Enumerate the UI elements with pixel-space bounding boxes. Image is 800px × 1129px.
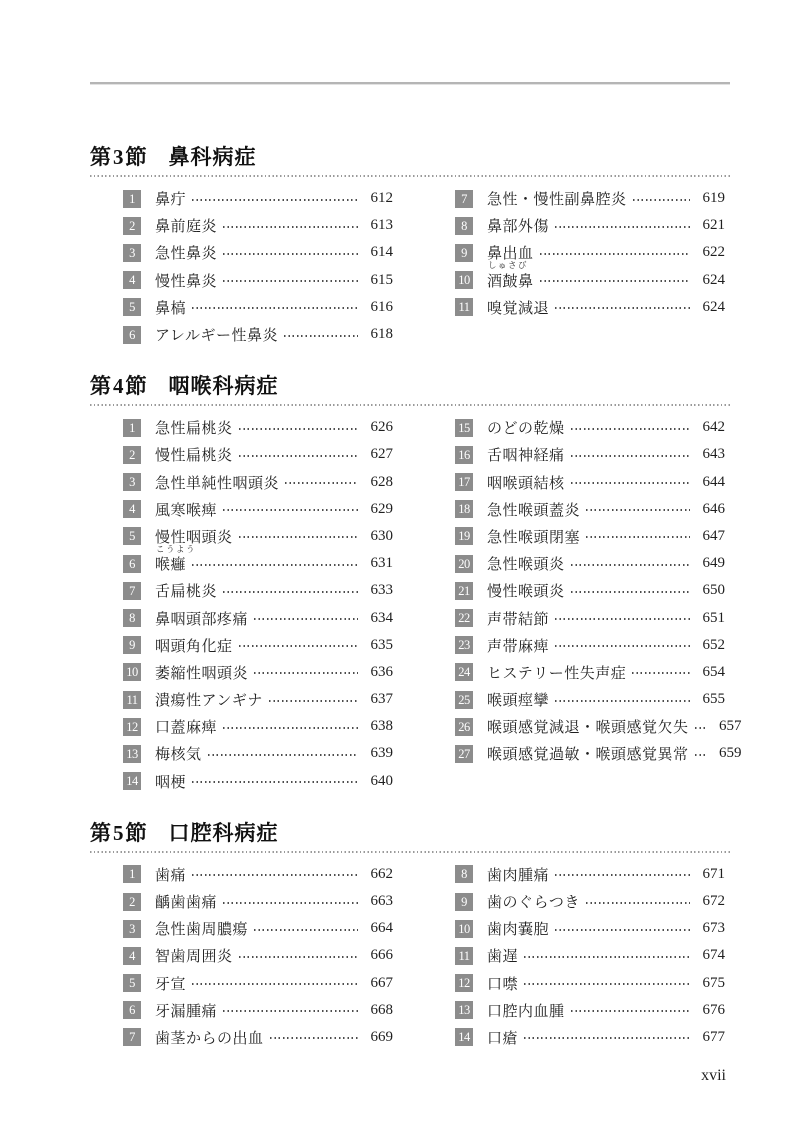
dot-leader [269, 700, 358, 702]
dot-leader [633, 199, 690, 201]
entry-page-number: 613 [365, 217, 393, 234]
toc-entry: 27喉頭感覚過敏・喉頭感覚異常659 [455, 740, 725, 767]
entry-number-badge: 16 [455, 446, 473, 464]
entry-title: 智歯周囲炎 [155, 945, 233, 966]
toc-entry: 13口腔内血腫676 [455, 997, 725, 1024]
dot-leader [540, 253, 690, 255]
dot-leader [239, 956, 358, 958]
toc-entry: 7舌扁桃炎633 [123, 577, 393, 604]
toc-entry: 16舌咽神経痛643 [455, 441, 725, 468]
entry-page-number: 646 [697, 501, 725, 518]
dot-leader [555, 874, 690, 876]
entry-page-number: 671 [697, 866, 725, 883]
entry-title: 急性・慢性副鼻腔炎 [487, 188, 627, 209]
entry-title: 牙漏腫痛 [155, 1000, 217, 1021]
entry-title: 鼻槁 [155, 297, 186, 318]
entry-number-badge: 2 [123, 217, 141, 235]
entry-number-badge: 10 [455, 271, 473, 289]
toc-columns: 1鼻疔6122鼻前庭炎6133急性鼻炎6144慢性鼻炎6155鼻槁6166アレル… [123, 185, 730, 348]
entry-page-number: 676 [697, 1002, 725, 1019]
section-number: 第5節 [90, 821, 149, 845]
entry-page-number: 663 [365, 893, 393, 910]
dot-leader [223, 727, 358, 729]
entry-number-badge: 7 [123, 1028, 141, 1046]
toc-columns: 1歯痛6622齲歯歯痛6633急性歯周膿瘍6644智歯周囲炎6665牙宣6676… [123, 861, 730, 1051]
section-title: 口腔科病症 [169, 821, 279, 845]
entry-title: 歯遅 [487, 945, 518, 966]
dot-leader [254, 618, 358, 620]
entry-title: 鼻疔 [155, 188, 186, 209]
entry-page-number: 642 [697, 419, 725, 436]
entry-number-badge: 19 [455, 527, 473, 545]
dot-leader [555, 226, 690, 228]
entry-title: 口瘡 [487, 1027, 518, 1048]
section-heading: 第4節咽喉科病症 [90, 374, 730, 398]
entry-page-number: 669 [365, 1029, 393, 1046]
entry-page-number: 615 [365, 272, 393, 289]
dot-leader [571, 428, 690, 430]
toc-entry: 2慢性扁桃炎627 [123, 441, 393, 468]
entry-title: 酒皶鼻しゅさび [487, 270, 534, 291]
entry-page-number: 652 [697, 637, 725, 654]
top-rule [90, 82, 730, 85]
entry-number-badge: 11 [455, 298, 473, 316]
toc-columns: 1急性扁桃炎6262慢性扁桃炎6273急性単純性咽頭炎6284風寒喉痺6295慢… [123, 414, 730, 795]
entry-number-badge: 13 [455, 1001, 473, 1019]
entry-title: 声帯結節 [487, 608, 549, 629]
entry-title: 潰瘍性アンギナ [155, 689, 263, 710]
entry-page-number: 636 [365, 664, 393, 681]
section-heading: 第5節口腔科病症 [90, 821, 730, 845]
dot-leader [555, 929, 690, 931]
dot-leader [223, 902, 358, 904]
dot-leader [192, 564, 358, 566]
entry-title: アレルギー性鼻炎 [155, 324, 278, 345]
entry-page-number: 650 [697, 582, 725, 599]
dot-leader [270, 1037, 358, 1039]
entry-title: 牙宣 [155, 973, 186, 994]
toc-entry: 10歯肉嚢胞673 [455, 915, 725, 942]
section-heading-rule [90, 175, 730, 177]
entry-title: 舌扁桃炎 [155, 580, 217, 601]
toc-section: 第5節口腔科病症1歯痛6622齲歯歯痛6633急性歯周膿瘍6644智歯周囲炎66… [90, 821, 730, 1051]
toc-entry: 18急性喉頭蓋炎646 [455, 496, 725, 523]
entry-number-badge: 3 [123, 473, 141, 491]
entry-number-badge: 6 [123, 1001, 141, 1019]
dot-leader [223, 1010, 358, 1012]
section-heading-rule [90, 404, 730, 406]
entry-title: 急性喉頭炎 [487, 553, 565, 574]
entry-title: 慢性扁桃炎 [155, 444, 233, 465]
entry-page-number: 626 [365, 419, 393, 436]
entry-title: 急性喉頭蓋炎 [487, 499, 580, 520]
dot-leader [239, 428, 358, 430]
entry-number-badge: 25 [455, 691, 473, 709]
toc-entry: 22声帯結節651 [455, 604, 725, 631]
entry-page-number: 662 [365, 866, 393, 883]
entry-number-badge: 5 [123, 974, 141, 992]
toc-entry: 12口噤675 [455, 970, 725, 997]
entry-title: ヒステリー性失声症 [487, 662, 626, 683]
entry-title: 慢性鼻炎 [155, 270, 217, 291]
dot-leader [223, 591, 358, 593]
toc-entry: 3急性単純性咽頭炎628 [123, 469, 393, 496]
entry-number-badge: 4 [123, 947, 141, 965]
entry-title: 齲歯歯痛 [155, 891, 217, 912]
entry-page-number: 657 [714, 718, 742, 735]
toc-entry: 4智歯周囲炎666 [123, 942, 393, 969]
entry-number-badge: 8 [455, 217, 473, 235]
entry-title: 急性扁桃炎 [155, 417, 233, 438]
dot-leader [695, 727, 707, 729]
entry-title: 嗅覚減退 [487, 297, 549, 318]
entry-page-number: 673 [697, 920, 725, 937]
dot-leader [586, 902, 690, 904]
toc-entry: 1急性扁桃炎626 [123, 414, 393, 441]
entry-title: 急性鼻炎 [155, 242, 217, 263]
entry-page-number: 612 [365, 190, 393, 207]
entry-title: 歯痛 [155, 864, 186, 885]
dot-leader [571, 455, 690, 457]
entry-title: 声帯麻痺 [487, 635, 549, 656]
entry-title: 急性単純性咽頭炎 [155, 472, 279, 493]
toc-column-right: 8歯肉腫痛6719歯のぐらつき67210歯肉嚢胞67311歯遅67412口噤67… [455, 861, 725, 1051]
toc-entry: 5牙宣667 [123, 970, 393, 997]
dot-leader [254, 929, 358, 931]
entry-number-badge: 4 [123, 500, 141, 518]
dot-leader [239, 455, 358, 457]
entry-title: 梅核気 [155, 743, 202, 764]
toc-entry: 9歯のぐらつき672 [455, 888, 725, 915]
entry-title: 鼻咽頭部疼痛 [155, 608, 248, 629]
dot-leader [254, 672, 358, 674]
entry-title: 萎縮性咽頭炎 [155, 662, 248, 683]
entry-page-number: 614 [365, 244, 393, 261]
toc-column-left: 1歯痛6622齲歯歯痛6633急性歯周膿瘍6644智歯周囲炎6665牙宣6676… [123, 861, 393, 1051]
entry-title: 喉頭感覚過敏・喉頭感覚異常 [487, 743, 689, 764]
entry-page-number: 624 [697, 299, 725, 316]
toc-column-right: 15のどの乾燥64216舌咽神経痛64317咽喉頭結核64418急性喉頭蓋炎64… [455, 414, 725, 795]
section-title: 鼻科病症 [169, 145, 257, 169]
furigana: しゅさび [488, 261, 528, 270]
toc-entry: 26喉頭感覚減退・喉頭感覚欠失657 [455, 713, 725, 740]
dot-leader [239, 645, 358, 647]
entry-page-number: 674 [697, 947, 725, 964]
dot-leader [524, 1037, 690, 1039]
toc-entry: 11歯遅674 [455, 942, 725, 969]
entry-title: 歯肉嚢胞 [487, 918, 549, 939]
entry-page-number: 621 [697, 217, 725, 234]
entry-number-badge: 3 [123, 920, 141, 938]
entry-number-badge: 6 [123, 555, 141, 573]
dot-leader [524, 983, 690, 985]
entry-title: 咽梗 [155, 771, 186, 792]
toc-entry: 2齲歯歯痛663 [123, 888, 393, 915]
section-number: 第4節 [90, 374, 149, 398]
entry-title: 喉癰こうよう [155, 553, 186, 574]
entry-page-number: 640 [365, 773, 393, 790]
toc-entry: 7急性・慢性副鼻腔炎619 [455, 185, 725, 212]
toc-entry: 1鼻疔612 [123, 185, 393, 212]
entry-page-number: 618 [365, 326, 393, 343]
entry-title: 歯のぐらつき [487, 891, 580, 912]
entry-page-number: 624 [697, 272, 725, 289]
entry-page-number: 633 [365, 582, 393, 599]
entry-page-number: 659 [714, 745, 742, 762]
entry-page-number: 630 [365, 528, 393, 545]
toc-entry: 4風寒喉痺629 [123, 496, 393, 523]
entry-number-badge: 9 [455, 893, 473, 911]
toc-column-right: 7急性・慢性副鼻腔炎6198鼻部外傷6219鼻出血62210酒皶鼻しゅさび624… [455, 185, 725, 348]
entry-page-number: 649 [697, 555, 725, 572]
toc-entry: 3急性歯周膿瘍664 [123, 915, 393, 942]
section-title: 咽喉科病症 [169, 374, 279, 398]
dot-leader [192, 874, 358, 876]
entry-number-badge: 27 [455, 745, 473, 763]
toc-entry: 7歯茎からの出血669 [123, 1024, 393, 1051]
toc-entry: 5鼻槁616 [123, 294, 393, 321]
entry-title: 鼻前庭炎 [155, 215, 217, 236]
entry-title: 舌咽神経痛 [487, 444, 565, 465]
entry-page-number: 655 [697, 691, 725, 708]
furigana: こうよう [156, 545, 196, 554]
toc-entry: 13梅核気639 [123, 740, 393, 767]
entry-page-number: 643 [697, 446, 725, 463]
toc-entry: 4慢性鼻炎615 [123, 267, 393, 294]
entry-page-number: 651 [697, 610, 725, 627]
entry-title: 喉頭感覚減退・喉頭感覚欠失 [487, 716, 689, 737]
toc-entry: 8鼻咽頭部疼痛634 [123, 604, 393, 631]
entry-title: 咽頭角化症 [155, 635, 233, 656]
entry-number-badge: 5 [123, 298, 141, 316]
entry-number-badge: 9 [455, 244, 473, 262]
toc-entry: 9咽頭角化症635 [123, 632, 393, 659]
entry-title: 鼻部外傷 [487, 215, 549, 236]
dot-leader [586, 509, 690, 511]
entry-number-badge: 10 [123, 663, 141, 681]
entry-page-number: 644 [697, 474, 725, 491]
dot-leader [571, 1010, 690, 1012]
dot-leader [239, 536, 358, 538]
dot-leader [571, 564, 690, 566]
entry-title: 急性歯周膿瘍 [155, 918, 248, 939]
entry-page-number: 635 [365, 637, 393, 654]
book-page: 第3節鼻科病症1鼻疔6122鼻前庭炎6133急性鼻炎6144慢性鼻炎6155鼻槁… [0, 0, 800, 1085]
toc-entry: 8歯肉腫痛671 [455, 861, 725, 888]
dot-leader [192, 307, 358, 309]
entry-title: 急性喉頭閉塞 [487, 526, 580, 547]
entry-number-badge: 3 [123, 244, 141, 262]
entry-page-number: 631 [365, 555, 393, 572]
dot-leader [284, 335, 358, 337]
entry-title: 風寒喉痺 [155, 499, 217, 520]
dot-leader [192, 983, 358, 985]
dot-leader [192, 199, 358, 201]
dot-leader [555, 618, 690, 620]
entry-number-badge: 23 [455, 636, 473, 654]
dot-leader [586, 536, 690, 538]
entry-page-number: 677 [697, 1029, 725, 1046]
toc-entry: 20急性喉頭炎649 [455, 550, 725, 577]
toc-sections-container: 第3節鼻科病症1鼻疔6122鼻前庭炎6133急性鼻炎6144慢性鼻炎6155鼻槁… [90, 145, 730, 1051]
page-number: xvii [90, 1067, 730, 1085]
toc-entry: 12口蓋麻痺638 [123, 713, 393, 740]
entry-number-badge: 12 [123, 718, 141, 736]
dot-leader [208, 754, 358, 756]
toc-section: 第3節鼻科病症1鼻疔6122鼻前庭炎6133急性鼻炎6144慢性鼻炎6155鼻槁… [90, 145, 730, 348]
entry-page-number: 675 [697, 975, 725, 992]
entry-page-number: 666 [365, 947, 393, 964]
entry-page-number: 638 [365, 718, 393, 735]
entry-title: 歯肉腫痛 [487, 864, 549, 885]
entry-title: 口噤 [487, 973, 518, 994]
toc-column-left: 1急性扁桃炎6262慢性扁桃炎6273急性単純性咽頭炎6284風寒喉痺6295慢… [123, 414, 393, 795]
entry-number-badge: 10 [455, 920, 473, 938]
entry-page-number: 667 [365, 975, 393, 992]
entry-title: 咽喉頭結核 [487, 472, 565, 493]
toc-entry: 19急性喉頭閉塞647 [455, 523, 725, 550]
entry-page-number: 628 [365, 474, 393, 491]
dot-leader [555, 307, 690, 309]
toc-entry: 21慢性喉頭炎650 [455, 577, 725, 604]
toc-entry: 14咽梗640 [123, 768, 393, 795]
entry-number-badge: 5 [123, 527, 141, 545]
entry-number-badge: 15 [455, 419, 473, 437]
entry-number-badge: 18 [455, 500, 473, 518]
entry-number-badge: 26 [455, 718, 473, 736]
dot-leader [571, 482, 690, 484]
dot-leader [695, 754, 707, 756]
dot-leader [285, 482, 358, 484]
entry-number-badge: 14 [455, 1028, 473, 1046]
entry-number-badge: 13 [123, 745, 141, 763]
entry-number-badge: 8 [123, 609, 141, 627]
toc-entry: 10萎縮性咽頭炎636 [123, 659, 393, 686]
toc-entry: 25喉頭痙攣655 [455, 686, 725, 713]
toc-entry: 3急性鼻炎614 [123, 239, 393, 266]
entry-page-number: 664 [365, 920, 393, 937]
entry-number-badge: 11 [123, 691, 141, 709]
toc-entry: 2鼻前庭炎613 [123, 212, 393, 239]
toc-entry: 11嗅覚減退624 [455, 294, 725, 321]
entry-page-number: 622 [697, 244, 725, 261]
entry-title: 口蓋麻痺 [155, 716, 217, 737]
entry-page-number: 619 [697, 190, 725, 207]
entry-number-badge: 20 [455, 555, 473, 573]
entry-page-number: 634 [365, 610, 393, 627]
toc-column-left: 1鼻疔6122鼻前庭炎6133急性鼻炎6144慢性鼻炎6155鼻槁6166アレル… [123, 185, 393, 348]
toc-entry: 8鼻部外傷621 [455, 212, 725, 239]
dot-leader [540, 280, 690, 282]
entry-title: 歯茎からの出血 [155, 1027, 264, 1048]
entry-title: 慢性喉頭炎 [487, 580, 565, 601]
entry-number-badge: 24 [455, 663, 473, 681]
entry-number-badge: 4 [123, 271, 141, 289]
dot-leader [571, 591, 690, 593]
entry-number-badge: 21 [455, 582, 473, 600]
entry-number-badge: 7 [455, 190, 473, 208]
entry-page-number: 647 [697, 528, 725, 545]
toc-entry: 10酒皶鼻しゅさび624 [455, 267, 725, 294]
entry-page-number: 629 [365, 501, 393, 518]
toc-entry: 23声帯麻痺652 [455, 632, 725, 659]
entry-title: 喉頭痙攣 [487, 689, 549, 710]
entry-title: のどの乾燥 [487, 417, 565, 438]
dot-leader [223, 509, 358, 511]
toc-entry: 15のどの乾燥642 [455, 414, 725, 441]
dot-leader [524, 956, 690, 958]
entry-number-badge: 7 [123, 582, 141, 600]
entry-page-number: 637 [365, 691, 393, 708]
section-number: 第3節 [90, 145, 149, 169]
toc-entry: 1歯痛662 [123, 861, 393, 888]
entry-number-badge: 9 [123, 636, 141, 654]
entry-number-badge: 14 [123, 772, 141, 790]
entry-page-number: 639 [365, 745, 393, 762]
section-heading-rule [90, 851, 730, 853]
entry-number-badge: 11 [455, 947, 473, 965]
toc-entry: 11潰瘍性アンギナ637 [123, 686, 393, 713]
entry-number-badge: 6 [123, 326, 141, 344]
dot-leader [632, 672, 690, 674]
entry-number-badge: 1 [123, 419, 141, 437]
dot-leader [555, 700, 690, 702]
entry-number-badge: 2 [123, 446, 141, 464]
section-heading: 第3節鼻科病症 [90, 145, 730, 169]
toc-entry: 6牙漏腫痛668 [123, 997, 393, 1024]
dot-leader [192, 781, 358, 783]
entry-page-number: 627 [365, 446, 393, 463]
toc-entry: 6アレルギー性鼻炎618 [123, 321, 393, 348]
entry-number-badge: 1 [123, 190, 141, 208]
entry-page-number: 672 [697, 893, 725, 910]
dot-leader [223, 280, 358, 282]
entry-page-number: 654 [697, 664, 725, 681]
dot-leader [555, 645, 690, 647]
entry-number-badge: 2 [123, 893, 141, 911]
entry-number-badge: 17 [455, 473, 473, 491]
dot-leader [223, 253, 358, 255]
toc-entry: 14口瘡677 [455, 1024, 725, 1051]
toc-entry: 6喉癰こうよう631 [123, 550, 393, 577]
entry-number-badge: 8 [455, 865, 473, 883]
entry-number-badge: 22 [455, 609, 473, 627]
toc-section: 第4節咽喉科病症1急性扁桃炎6262慢性扁桃炎6273急性単純性咽頭炎6284風… [90, 374, 730, 795]
entry-title: 口腔内血腫 [487, 1000, 565, 1021]
entry-page-number: 616 [365, 299, 393, 316]
toc-entry: 24ヒステリー性失声症654 [455, 659, 725, 686]
dot-leader [223, 226, 358, 228]
toc-entry: 17咽喉頭結核644 [455, 469, 725, 496]
entry-page-number: 668 [365, 1002, 393, 1019]
entry-number-badge: 1 [123, 865, 141, 883]
entry-number-badge: 12 [455, 974, 473, 992]
